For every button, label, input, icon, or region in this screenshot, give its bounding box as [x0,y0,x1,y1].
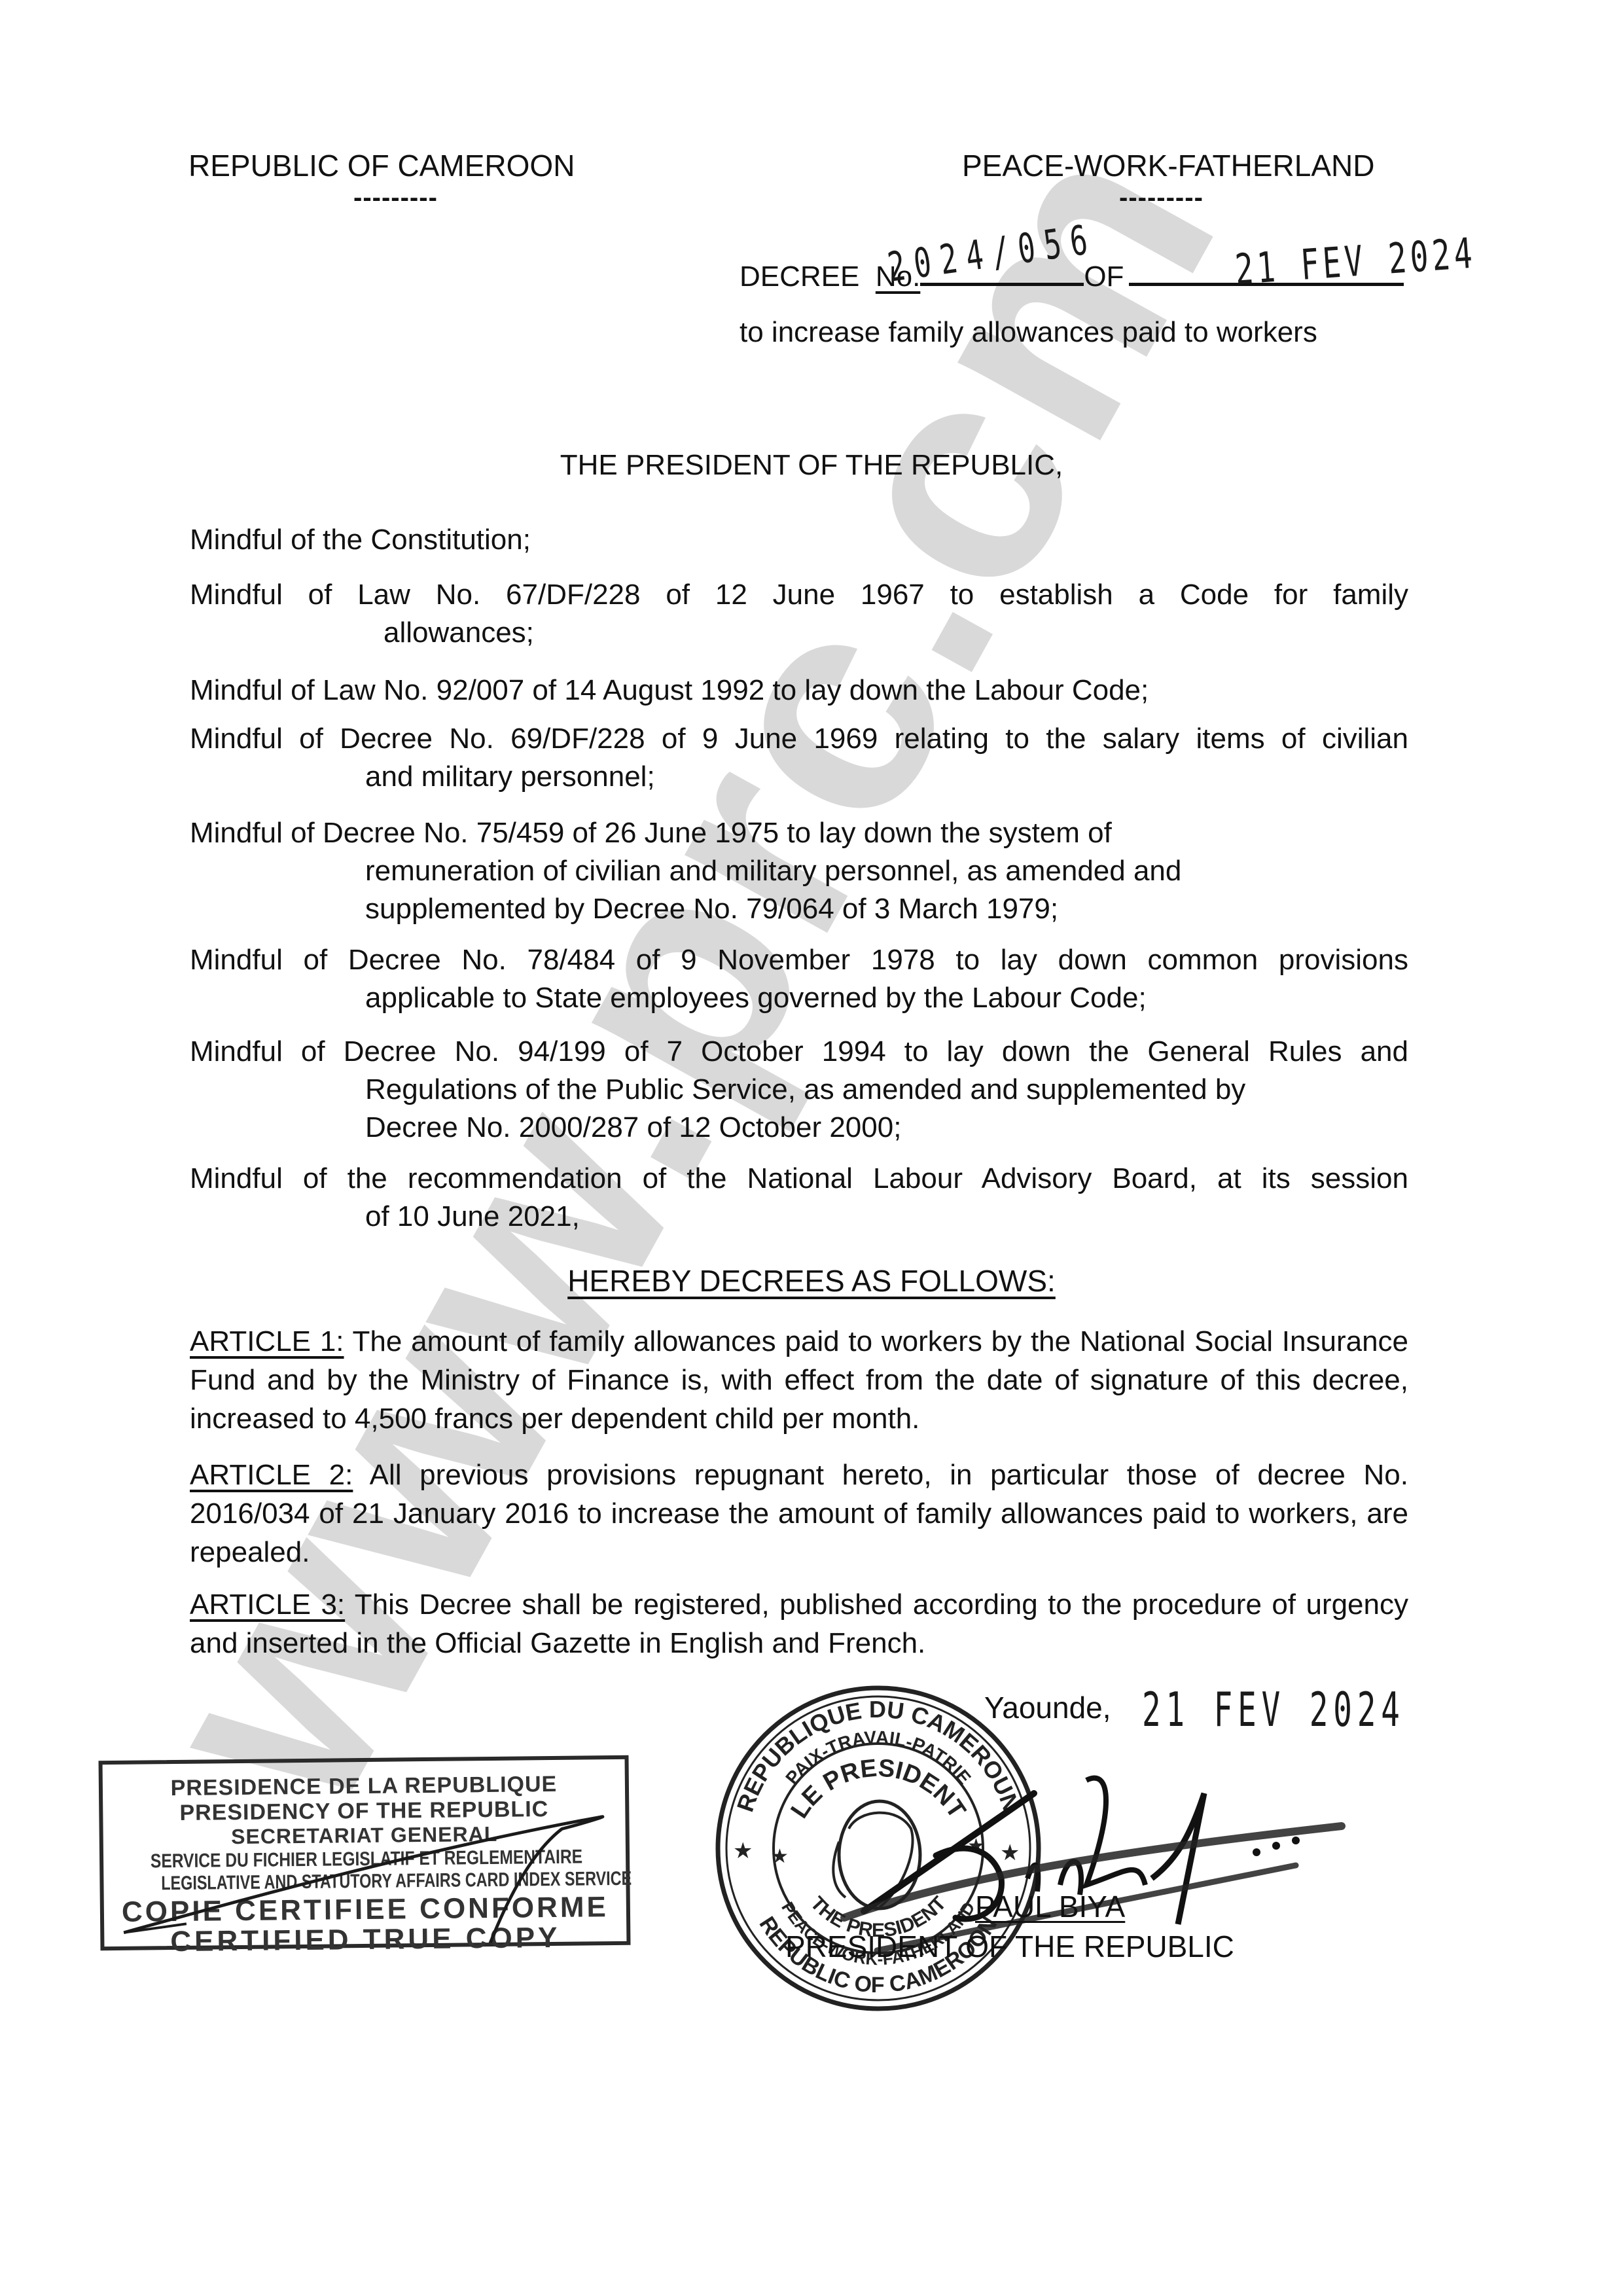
header-separator-right: --------- [1119,183,1204,213]
hereby-decrees-heading: HEREBY DECREES AS FOLLOWS: [0,1263,1623,1299]
header-separator-left: --------- [353,183,438,213]
article-2: ARTICLE 2: All previous provisions repug… [190,1456,1408,1571]
signer-title: PRESIDENT OF THE REPUBLIC [785,1929,1234,1964]
article-1: ARTICLE 1: The amount of family allowanc… [190,1322,1408,1438]
mindful-clause: Mindful of Law No. 92/007 of 14 August 1… [190,672,1408,709]
decree-subject: to increase family allowances paid to wo… [740,313,1423,352]
decree-date-stamp: 21 FEV 2024 [1234,229,1478,295]
decree-label: DECREE [740,260,859,293]
article-label: ARTICLE 1: [190,1325,344,1357]
signature-place: Yaounde, [984,1690,1111,1725]
mindful-clause: Mindful of Decree No. 94/199 of 7 Octobe… [190,1033,1408,1147]
article-text: This Decree shall be registered, publish… [190,1588,1408,1659]
mindful-clause: Mindful of Decree No. 78/484 of 9 Novemb… [190,941,1408,1017]
mindful-clause: Mindful of Decree No. 69/DF/228 of 9 Jun… [190,720,1408,796]
svg-text:★: ★ [771,1846,789,1867]
article-text: The amount of family allowances paid to … [190,1325,1408,1435]
article-3: ARTICLE 3: This Decree shall be register… [190,1585,1408,1662]
decree-page: www.prc.cm REPUBLIC OF CAMEROON --------… [0,0,1623,2296]
signature-date-stamp: 21 FEV 2024 [1142,1682,1405,1737]
signer-name: PAUL BIYA [975,1889,1125,1924]
president-heading: THE PRESIDENT OF THE REPUBLIC, [0,449,1623,482]
header-country: REPUBLIC OF CAMEROON [188,148,575,183]
article-label: ARTICLE 2: [190,1459,353,1491]
certified-copy-stamp: PRESIDENCE DE LA REPUBLIQUE PRESIDENCY O… [99,1755,631,1950]
decree-of-label: OF [1084,260,1124,293]
mindful-clause: Mindful of the recommendation of the Nat… [190,1160,1408,1236]
mindful-clause: Mindful of the Constitution; [190,521,1408,559]
svg-text:★: ★ [733,1839,753,1863]
mindful-clause: Mindful of Law No. 67/DF/228 of 12 June … [190,576,1408,652]
article-label: ARTICLE 3: [190,1588,345,1621]
mindful-clause: Mindful of Decree No. 75/459 of 26 June … [190,814,1408,928]
header-motto: PEACE-WORK-FATHERLAND [962,148,1374,183]
article-text: All previous provisions repugnant hereto… [190,1459,1408,1568]
